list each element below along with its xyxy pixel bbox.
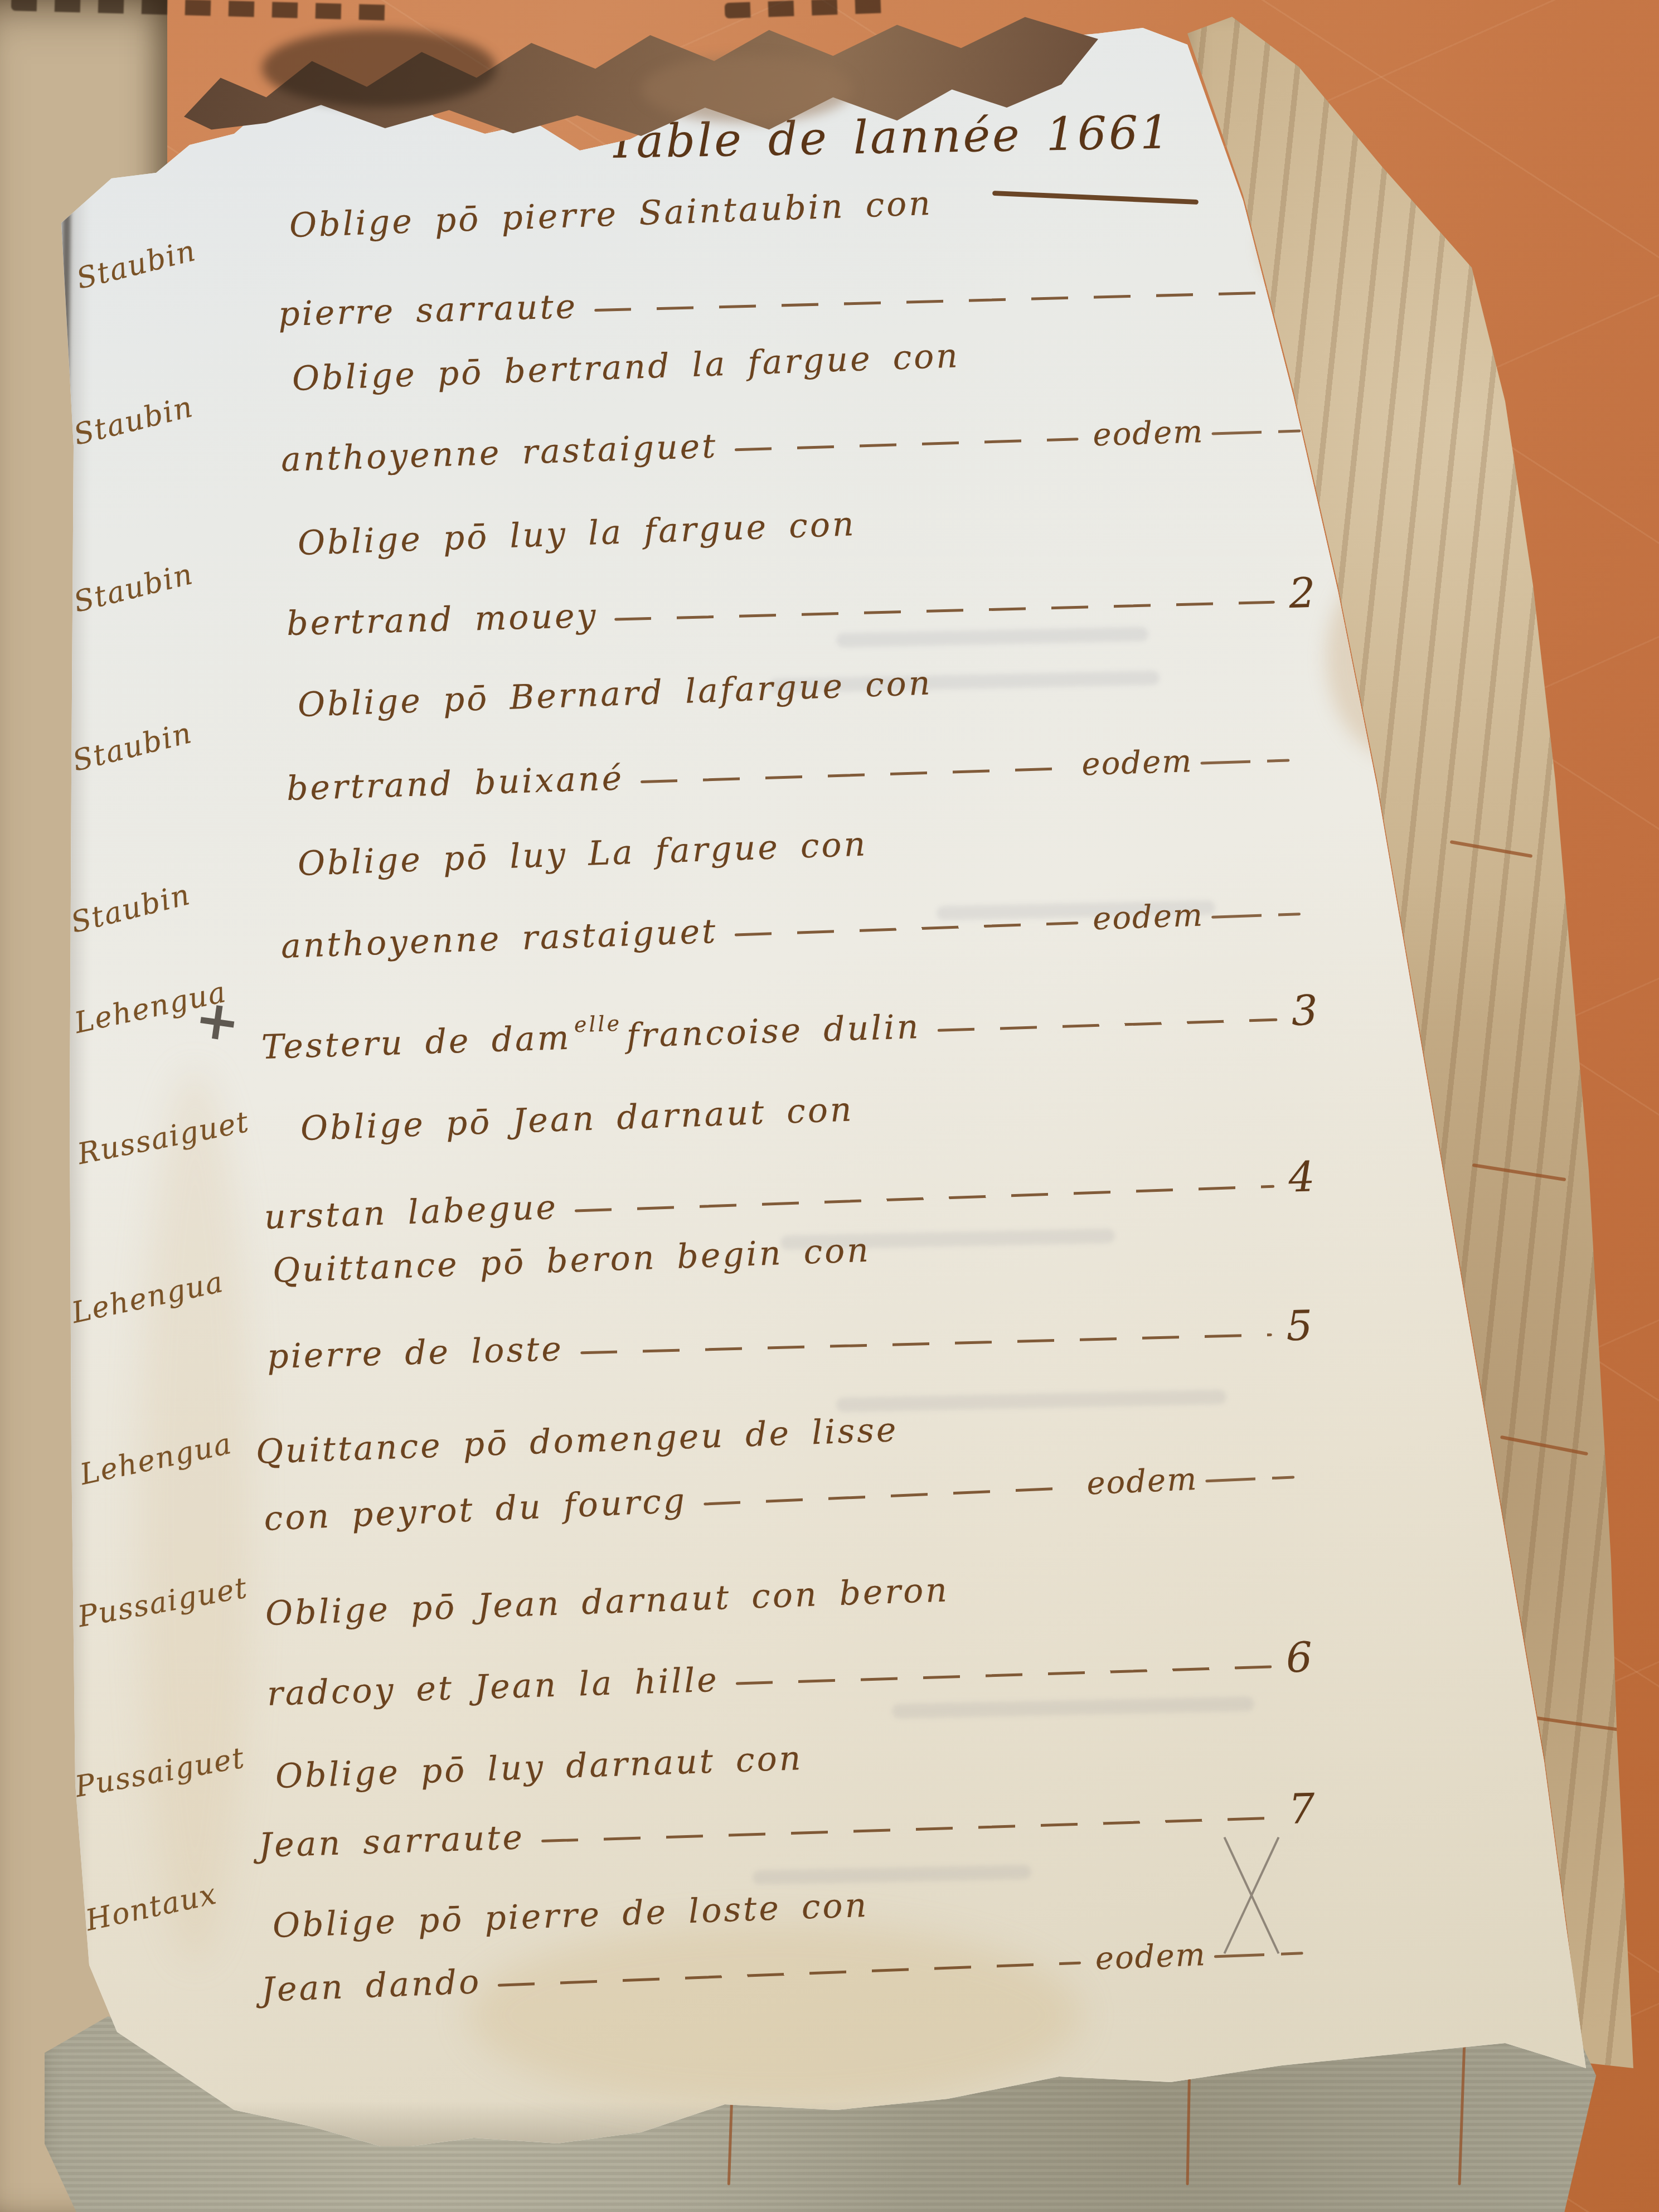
entry-row: bertrand mouey2 bbox=[286, 573, 1318, 641]
stain bbox=[139, 1070, 251, 1962]
entry-line: Testeru de dam bbox=[261, 1021, 571, 1064]
entry-row: anthoyenne rastaigueteodem bbox=[280, 894, 1301, 963]
entry-line: radcoy et Jean la hille bbox=[266, 1663, 720, 1711]
page-ref: eodem bbox=[1093, 416, 1205, 451]
entry-line: Jean dando bbox=[261, 1965, 482, 2007]
entry-row: anthoyenne rastaigueteodem bbox=[280, 411, 1301, 477]
leaf-edge-line bbox=[1450, 840, 1533, 858]
dash-line bbox=[541, 1817, 1274, 1842]
margin-label: Staubin bbox=[71, 392, 196, 450]
page-ref: 2 bbox=[1288, 573, 1318, 614]
dash-line bbox=[736, 1665, 1272, 1685]
page-ref: eodem bbox=[1086, 1464, 1198, 1500]
entry-line: Oblige pō pierre Saintaubin con bbox=[289, 187, 933, 242]
cross-mark-icon: + bbox=[191, 987, 244, 1055]
dash-line bbox=[734, 438, 1078, 451]
entry-line: bertrand buixané bbox=[286, 761, 624, 806]
entry-row: pierre de loste5 bbox=[266, 1305, 1315, 1374]
page-ref: eodem bbox=[1092, 900, 1204, 935]
entry-line: pierre sarraute bbox=[278, 290, 578, 331]
entry-line: Oblige pō luy darnaut con bbox=[275, 1742, 803, 1793]
title-underline bbox=[992, 191, 1199, 205]
dash-line bbox=[580, 1333, 1272, 1354]
entry-line: Oblige pō Bernard lafargue con bbox=[297, 666, 933, 722]
entry-line: urstan labegue bbox=[264, 1191, 559, 1234]
page-title: Table de lannée 1661 bbox=[607, 110, 1172, 166]
entry-row: urstan labegue4 bbox=[263, 1156, 1317, 1234]
dash-line bbox=[594, 292, 1261, 312]
entry-line: pierre de loste bbox=[266, 1332, 564, 1374]
entry-line: con peyrot du fourcg bbox=[263, 1484, 687, 1536]
x-mark-icon bbox=[1204, 1840, 1299, 1951]
dash-line bbox=[937, 1018, 1277, 1032]
dash-line bbox=[734, 921, 1078, 937]
leaf-edge-line bbox=[1472, 1163, 1566, 1182]
entry-row: Testeru de damellefrancoise dulin3 bbox=[261, 989, 1321, 1064]
bleedthrough-ghost-text bbox=[753, 1865, 1031, 1885]
entry-row: bertrand buixanéeodem bbox=[286, 740, 1290, 806]
dash-line bbox=[641, 767, 1068, 783]
photo-of-manuscript: Table de lannée 1661 Staubin Oblige pō p… bbox=[0, 0, 1659, 2212]
entry-line: Oblige pō luy La fargue con bbox=[297, 827, 868, 881]
dash-line bbox=[615, 601, 1275, 621]
bleedthrough-ghost-text bbox=[892, 1696, 1254, 1719]
margin-label: Staubin bbox=[74, 236, 199, 294]
page-ref: 3 bbox=[1291, 989, 1321, 1032]
entry-row: Jean sarraute7 bbox=[258, 1788, 1318, 1862]
page-ref: 4 bbox=[1288, 1156, 1318, 1199]
page-ref: 5 bbox=[1286, 1305, 1315, 1347]
torn-edge-shadow bbox=[262, 29, 496, 107]
binding-thread bbox=[1458, 2040, 1466, 2185]
page-ref: eodem bbox=[1095, 1939, 1207, 1975]
entry-line: Oblige pō luy la fargue con bbox=[297, 507, 857, 560]
entry-line: Oblige pō Jean darnaut con beron bbox=[265, 1573, 950, 1631]
torn-edge-highlight bbox=[641, 56, 853, 123]
entry-row: pierre sarraute1 bbox=[278, 263, 1304, 331]
entry-line: bertrand mouey bbox=[286, 599, 598, 641]
bleedthrough-ghost-text bbox=[836, 1390, 1226, 1413]
entry-line: Oblige pō bertrand la fargue con bbox=[292, 339, 961, 396]
page-ref: 7 bbox=[1288, 1788, 1318, 1830]
margin-label: Staubin bbox=[71, 560, 196, 617]
entry-row: con peyrot du fourcgeodem bbox=[263, 1457, 1295, 1536]
entry-line: anthoyenne rastaiguet bbox=[280, 429, 718, 477]
entry-line: Oblige pō Jean darnaut con bbox=[300, 1093, 855, 1146]
page-ref: 6 bbox=[1286, 1637, 1315, 1679]
entry-line: Quittance pō beron begin con bbox=[272, 1234, 871, 1288]
entry-line: francoise dulin bbox=[626, 1010, 921, 1053]
entry-line: Jean sarraute bbox=[258, 1821, 525, 1862]
dash-line bbox=[704, 1487, 1073, 1506]
page-ref: eodem bbox=[1081, 746, 1194, 780]
leaf-edge-line bbox=[1530, 1716, 1630, 1733]
leaf-edge-line bbox=[1500, 1435, 1588, 1456]
superscript-abbrev: elle bbox=[574, 1013, 622, 1036]
bleedthrough-ghost-text bbox=[836, 627, 1148, 648]
entry-line: anthoyenne rastaiguet bbox=[280, 915, 718, 963]
entry-line: Quittance pō domengeu de lisse bbox=[255, 1413, 899, 1469]
dash-line bbox=[575, 1185, 1274, 1212]
